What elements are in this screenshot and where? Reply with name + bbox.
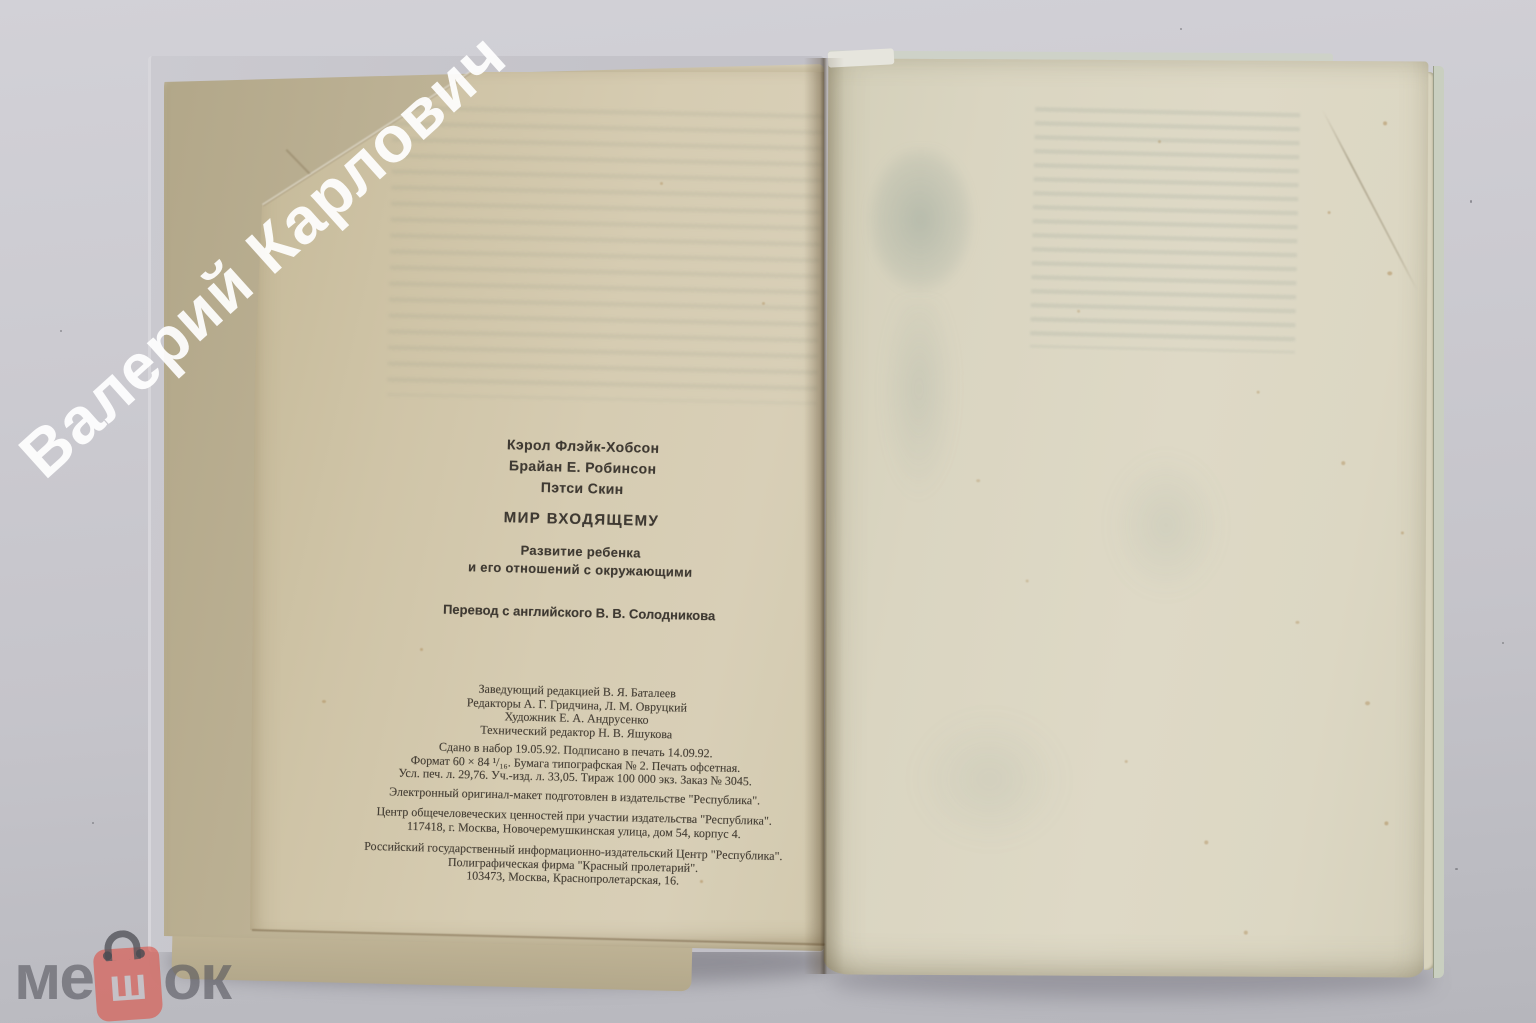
blank-right-page bbox=[824, 58, 1429, 977]
imprint-block: Сдано в набор 19.05.92. Подписано в печа… bbox=[287, 737, 864, 792]
show-through-text bbox=[387, 106, 823, 405]
foxing-spot bbox=[1328, 211, 1331, 214]
page-corner-crease bbox=[1321, 109, 1418, 291]
foxing-spot bbox=[1387, 271, 1392, 275]
logo-text-suffix: ок bbox=[163, 944, 230, 1010]
dust-speck bbox=[60, 330, 62, 332]
dust-speck bbox=[1180, 28, 1182, 30]
book-photo: Кэрол Флэйк-Хобсон Брайан Е. Робинсон Пэ… bbox=[0, 0, 1536, 1023]
foxing-spot bbox=[1244, 931, 1248, 935]
translation-note: Перевод с английского В. В. Солодникова bbox=[291, 598, 867, 628]
foxing-spot bbox=[1383, 121, 1387, 125]
editorial-staff-block: Заведующий редакцией В. Я. Баталеев Реда… bbox=[288, 678, 865, 746]
foxing-spot bbox=[1026, 579, 1029, 582]
foxing-spot bbox=[1384, 821, 1388, 825]
marketplace-watermark: ме ш ок bbox=[14, 944, 230, 1020]
foxing-spot bbox=[660, 182, 663, 185]
foxing-spot bbox=[1204, 840, 1208, 844]
foxing-spot bbox=[1077, 310, 1080, 313]
logo-text-prefix: ме bbox=[14, 944, 93, 1010]
foxing-spot bbox=[762, 302, 765, 305]
authors-block: Кэрол Флэйк-Хобсон Брайан Е. Робинсон Пэ… bbox=[294, 429, 871, 506]
foxing-spot bbox=[1158, 140, 1161, 143]
book-gutter bbox=[804, 58, 844, 974]
dust-speck bbox=[1455, 868, 1458, 870]
foxing-spot bbox=[1295, 621, 1299, 624]
dust-speck bbox=[1502, 642, 1504, 644]
show-through-portrait-lower bbox=[866, 299, 973, 600]
dust-speck bbox=[92, 822, 94, 824]
show-through-blob bbox=[909, 709, 1070, 850]
foxing-spot bbox=[1125, 760, 1128, 763]
foxing-spot bbox=[1401, 531, 1404, 534]
subtitle-block: Развитие ребенка и его отношений с окруж… bbox=[292, 536, 869, 586]
cover-fore-edge bbox=[1433, 66, 1444, 978]
foxing-spot bbox=[976, 479, 980, 482]
show-through-blob bbox=[1106, 450, 1227, 601]
publisher-block: Центр общечеловеческих ценностей при уча… bbox=[286, 803, 862, 844]
foxing-spot bbox=[1257, 391, 1260, 394]
dust-speck bbox=[1470, 200, 1472, 203]
foxing-spot bbox=[1365, 701, 1370, 705]
foxing-spot bbox=[1341, 461, 1345, 465]
title-page-text: Кэрол Флэйк-Хобсон Брайан Е. Робинсон Пэ… bbox=[285, 429, 872, 892]
shopping-bag-icon: ш bbox=[93, 946, 164, 1022]
show-through-text-lines bbox=[1030, 107, 1300, 353]
book-title: МИР ВХОДЯЩЕМУ bbox=[293, 503, 869, 537]
logo-bag-letter: ш bbox=[107, 960, 148, 1009]
